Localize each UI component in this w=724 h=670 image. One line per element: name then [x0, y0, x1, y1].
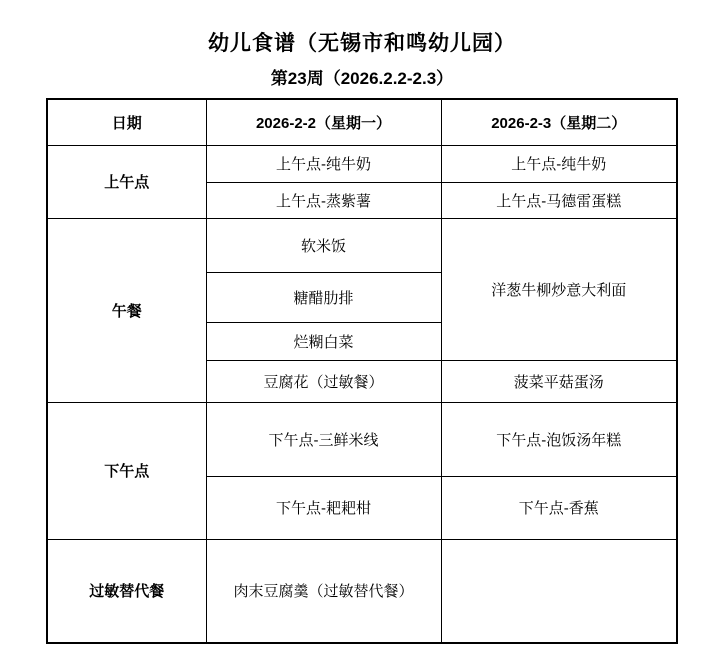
header-tuesday: 2026-2-3（星期二） — [441, 99, 677, 145]
section-label-afternoon-snack: 下午点 — [47, 402, 206, 539]
menu-table: 日期 2026-2-2（星期一） 2026-2-3（星期二） 上午点 上午点-纯… — [46, 98, 678, 644]
page-title: 幼儿食谱（无锡市和鸣幼儿园） — [0, 30, 724, 57]
section-label-morning-snack: 上午点 — [47, 145, 206, 218]
table-row: 上午点 上午点-纯牛奶 上午点-纯牛奶 — [47, 145, 677, 182]
header-monday: 2026-2-2（星期一） — [206, 99, 441, 145]
page-subtitle: 第23周（2026.2.2-2.3） — [0, 68, 724, 90]
cell-allergy-substitute-tue — [441, 539, 677, 643]
table-row: 过敏替代餐 肉末豆腐羹（过敏替代餐） — [47, 539, 677, 643]
cell-allergy-substitute-mon: 肉末豆腐羹（过敏替代餐） — [206, 539, 441, 643]
cell-afternoon-snack-mon-2: 下午点-耙耙柑 — [206, 476, 441, 539]
section-label-lunch: 午餐 — [47, 218, 206, 402]
menu-page: 幼儿食谱（无锡市和鸣幼儿园） 第23周（2026.2.2-2.3） 日期 202… — [0, 0, 724, 670]
cell-afternoon-snack-mon-1: 下午点-三鲜米线 — [206, 402, 441, 476]
cell-morning-snack-tue-2: 上午点-马德雷蛋糕 — [441, 182, 677, 218]
cell-lunch-mon-ribs: 糖醋肋排 — [206, 272, 441, 322]
cell-afternoon-snack-tue-2: 下午点-香蕉 — [441, 476, 677, 539]
cell-morning-snack-tue-1: 上午点-纯牛奶 — [441, 145, 677, 182]
header-row: 日期 2026-2-2（星期一） 2026-2-3（星期二） — [47, 99, 677, 145]
cell-morning-snack-mon-1: 上午点-纯牛奶 — [206, 145, 441, 182]
table-row: 午餐 软米饭 洋葱牛柳炒意大利面 — [47, 218, 677, 272]
cell-lunch-mon-rice: 软米饭 — [206, 218, 441, 272]
header-date-label: 日期 — [47, 99, 206, 145]
cell-afternoon-snack-tue-1: 下午点-泡饭汤年糕 — [441, 402, 677, 476]
table-row: 下午点 下午点-三鲜米线 下午点-泡饭汤年糕 — [47, 402, 677, 476]
cell-morning-snack-mon-2: 上午点-蒸紫薯 — [206, 182, 441, 218]
cell-lunch-mon-cabbage: 烂糊白菜 — [206, 322, 441, 360]
cell-lunch-tue-main: 洋葱牛柳炒意大利面 — [441, 218, 677, 360]
section-label-allergy-substitute: 过敏替代餐 — [47, 539, 206, 643]
cell-lunch-mon-tofu: 豆腐花（过敏餐） — [206, 360, 441, 402]
cell-lunch-tue-soup: 菠菜平菇蛋汤 — [441, 360, 677, 402]
